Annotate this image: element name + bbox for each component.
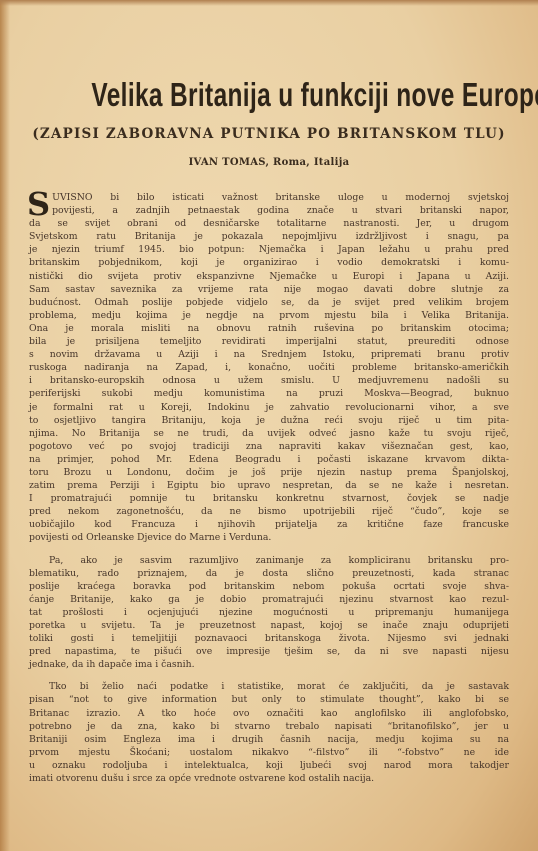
text-line: poretka u svijetu. Ta je preuzetnost nap…	[29, 619, 509, 632]
article-subtitle: (ZAPISI ZABORAVNA PUTNIKA PO BRITANSKOM …	[29, 126, 509, 142]
text-line: da se svijet obrani od desničarske total…	[29, 217, 509, 230]
article-body: S UVISNO bi bilo isticati važnost britan…	[29, 191, 509, 785]
text-line: pred nekom zagonetnošću, da ne bismo upo…	[29, 505, 509, 518]
paragraph-2: Pa, ako je sasvim razumljivo zanimanje z…	[29, 554, 509, 672]
text-line: poslije kraćega boravka pod britanskim n…	[29, 580, 509, 593]
paragraph-3-lines: Tko bi želio naći podatke i statistike, …	[29, 680, 509, 785]
text-line: je njezin triumf 1945. bio potpun: Njema…	[29, 243, 509, 256]
paragraph-2-lines: Pa, ako je sasvim razumljivo zanimanje z…	[29, 554, 509, 672]
paragraph-1-lines: UVISNO bi bilo isticati važnost britansk…	[29, 191, 509, 545]
paper-edge-top	[0, 0, 538, 6]
text-line: britanskim pobjednikom, koji je organizi…	[29, 256, 509, 269]
drop-cap: S	[27, 191, 50, 217]
text-line: problema, medju kojima je negdje na prvo…	[29, 309, 509, 322]
text-line: zatim prema Perziji i Egiptu bio upravo …	[29, 479, 509, 492]
text-line: Svjetskom ratu Britanija je pokazala nep…	[29, 230, 509, 243]
text-line: povijesti, a zadnjih petnaestak godina z…	[29, 204, 509, 217]
text-line: potrebno je da zna, kako bi stvarno treb…	[29, 720, 509, 733]
text-line: budućnost. Odmah poslije pobjede vidjelo…	[29, 296, 509, 309]
text-line: tat prošlosti i ocjenjujući njezine mogu…	[29, 606, 509, 619]
text-line: prvom mjestu Škoćani; uostalom nikakvo “…	[29, 746, 509, 759]
text-line: Britaniji osim Engleza ima i drugih časn…	[29, 733, 509, 746]
text-line: Tko bi želio naći podatke i statistike, …	[29, 680, 509, 693]
text-line: pisan “not to give information but only …	[29, 693, 509, 706]
text-line: ćanje Britanije, kako ga je dobio promat…	[29, 593, 509, 606]
text-line: I promatrajući pomnije tu britansku konk…	[29, 492, 509, 505]
text-line: blematiku, rado priznajem, da je dosta s…	[29, 567, 509, 580]
text-line: uobičajilo kod Francuza i njihovih prija…	[29, 518, 509, 531]
text-line: u oznaku rodoljuba i intelektualca, koji…	[29, 759, 509, 772]
text-line: Ona je morala misliti na obnovu ratnih r…	[29, 322, 509, 335]
text-line: Sam sastav saveznika za vrijeme rata nij…	[29, 283, 509, 296]
text-line: povijesti od Orleanske Djevice do Marne …	[29, 531, 509, 544]
text-line: njima. No Britanija se ne trudi, da uvij…	[29, 427, 509, 440]
article-author: IVAN TOMAS, Roma, Italija	[29, 157, 509, 168]
text-line: nistički dio svijeta protiv ekspanzivne …	[29, 270, 509, 283]
text-line: toliki gosti i temeljitiji poznavaoci br…	[29, 632, 509, 645]
text-line: to osjetljivo tangira Britaniju, koja je…	[29, 414, 509, 427]
article-title: Velika Britanija u funkciji nove Europe	[91, 76, 446, 114]
text-line: s novim državama u Aziji i na Srednjem I…	[29, 348, 509, 361]
text-line: pred napastima, te pišući ove impresije …	[29, 645, 509, 658]
text-line: periferijski sukobi medju komunistima na…	[29, 387, 509, 400]
text-line: bila je prisiljena temeljito revidirati …	[29, 335, 509, 348]
text-line: i britansko-europskih odnosa u užem smis…	[29, 374, 509, 387]
text-line: pogotovo već po svojoj tradiciji zna nap…	[29, 440, 509, 453]
text-line: ruskoga nadiranja na Zapad, i, konačno, …	[29, 361, 509, 374]
text-line: imati otvorenu dušu i srce za opće vredn…	[29, 772, 509, 785]
text-line: Britanac izrazio. A tko hoće ovo označit…	[29, 707, 509, 720]
paper-edge-left	[0, 0, 10, 851]
text-line: toru Brozu u Londonu, dočim je još prije…	[29, 466, 509, 479]
paragraph-1: S UVISNO bi bilo isticati važnost britan…	[29, 191, 509, 545]
paragraph-3: Tko bi želio naći podatke i statistike, …	[29, 680, 509, 785]
text-line: na primjer, pohod Mr. Edena Beogradu i p…	[29, 453, 509, 466]
text-line: UVISNO bi bilo isticati važnost britansk…	[29, 191, 509, 204]
text-line: Pa, ako je sasvim razumljivo zanimanje z…	[29, 554, 509, 567]
text-line: je formalni rat u Koreji, Indokinu je za…	[29, 401, 509, 414]
text-line: jednake, da ih dapače ima i časnih.	[29, 658, 509, 671]
